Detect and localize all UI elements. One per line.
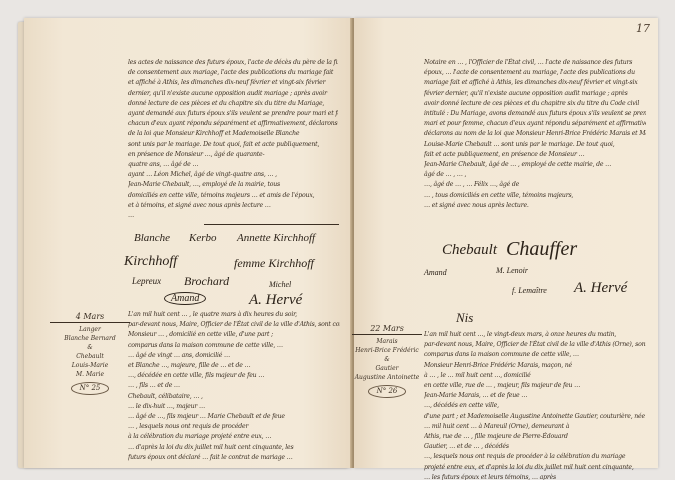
margin-line: Marais	[352, 337, 422, 346]
text-line: futurs époux ont déclaré … fait le contr…	[128, 453, 340, 463]
signature: A. Hervé	[249, 292, 302, 309]
text-line: en présence de Monsieur …, âgé de quaran…	[128, 150, 338, 160]
signature: Chauffer	[506, 238, 577, 261]
text-line: époux, … l'acte de consentement au maria…	[424, 68, 646, 78]
text-line: …	[128, 211, 338, 221]
margin-line: Langer	[50, 325, 130, 334]
margin-entry: 22 Mars Marais Henri-Brice Frédéric & Ga…	[352, 324, 422, 398]
text-line: … d'après la loi du dix juillet mil huit…	[128, 443, 340, 453]
signature: Amand	[424, 268, 447, 277]
margin-line: &	[352, 355, 422, 364]
text-line: L'an mil huit cent …, le vingt-deux mars…	[424, 330, 646, 340]
signature: Michel	[269, 280, 291, 289]
text-line: avoir donné lecture de ces pièces et du …	[424, 99, 646, 109]
text-line: … âgé de vingt … ans, domicilié …	[128, 351, 340, 361]
text-line: Jean-Marie Chebault, …, employé de la ma…	[128, 180, 338, 190]
signature: Chebault	[442, 242, 497, 259]
margin-entry: 4 Mars Langer Blanche Bernard & Chebault…	[50, 312, 130, 395]
text-line: de la loi que Monsieur Kirchhoff et Made…	[128, 129, 338, 139]
text-line: février dernier, qu'il n'existe aucune o…	[424, 89, 646, 99]
text-line: par-devant nous, Maire, Officier de l'Ét…	[128, 320, 340, 330]
text-line: mariage fait et affiché à Athis, les dim…	[424, 78, 646, 88]
margin-line: Chebault	[50, 352, 130, 361]
signature: Nis	[456, 310, 473, 326]
text-line: par-devant nous, Maire, Officier de l'Ét…	[424, 340, 646, 350]
signature: Kirchhoff	[124, 254, 177, 270]
signature: Annette Kirchhoff	[237, 232, 315, 244]
text-line: …, décédés en cette ville,	[424, 401, 646, 411]
margin-line: M. Marie	[50, 370, 130, 379]
text-line: Gautier, … et de … , décédés	[424, 442, 646, 452]
text-line: Jean-Marie Marais, … et de feue …	[424, 391, 646, 401]
margin-date: 22 Mars	[352, 324, 422, 335]
text-line: à … , le … mil huit cent …, domicilié	[424, 371, 646, 381]
text-line: ayant demandé aux futurs époux s'ils veu…	[128, 109, 338, 119]
text-line: chacun d'eux ayant répondu séparément et…	[128, 119, 338, 129]
text-line: … le dix-huit …, majeur …	[128, 402, 340, 412]
margin-date: 4 Mars	[50, 312, 130, 323]
folio-number: 17	[636, 22, 650, 35]
text-line: et à témoins, et signé avec nous après l…	[128, 201, 338, 211]
right-page: 17 Notaire en … , l'Officier de l'État c…	[354, 18, 658, 468]
text-line: Louise-Marie Chebault … sont unis par le…	[424, 140, 646, 150]
margin-line: Henri-Brice Frédéric	[352, 346, 422, 355]
signature: Amand	[164, 292, 206, 305]
text-line: Jean-Marie Chebault, âgé de … , employé …	[424, 160, 646, 170]
text-line: d'une part ; et Mademoiselle Augustine A…	[424, 412, 646, 422]
text-line: L'an mil huit cent … , le quatre mars à …	[128, 310, 340, 320]
text-line: Monsieur … , domicilié en cette ville, d…	[128, 330, 340, 340]
margin-line: &	[50, 343, 130, 352]
text-line: … , fils … et de …	[128, 381, 340, 391]
open-register-book: les actes de naissance des futurs époux,…	[18, 18, 658, 470]
signature: Blanche	[134, 232, 170, 244]
signature: Kerbo	[189, 232, 217, 244]
text-line: …, âgé de … , … Félix …, âgé de	[424, 180, 646, 190]
text-line: … les futurs époux et leurs témoins, … a…	[424, 473, 646, 480]
text-line: donné lecture de ces pièces et du chapit…	[128, 99, 338, 109]
text-line: en cette ville, rue de … , majeur, fils …	[424, 381, 646, 391]
text-line: …, lesquels nous ont requis de procéder …	[424, 452, 646, 462]
margin-line: Gautier	[352, 364, 422, 373]
text-line: projeté entre eux, et d'après la loi du …	[424, 463, 646, 473]
text-line: … , tous domiciliés en cette ville, témo…	[424, 191, 646, 201]
margin-line: Louis-Marie	[50, 361, 130, 370]
signature: M. Lenoir	[496, 266, 528, 275]
text-line: ayant … Léon Michel, âgé de vingt-quatre…	[128, 170, 338, 180]
right-continued-text: Notaire en … , l'Officier de l'État civi…	[424, 58, 646, 211]
signature: A. Hervé	[574, 280, 627, 297]
closing-rule	[204, 224, 339, 225]
margin-line: Blanche Bernard	[50, 334, 130, 343]
text-line: âgé de … , … ,	[424, 170, 646, 180]
text-line: comparus dans la maison commune de cette…	[128, 341, 340, 351]
text-line: domiciliés en cette ville, témoins majeu…	[128, 191, 338, 201]
text-line: Athis, rue de … , fille majeure de Pierr…	[424, 432, 646, 442]
text-line: déclarons au nom de la loi que Monsieur …	[424, 129, 646, 139]
signature: f. Lemaître	[512, 286, 547, 295]
text-line: Notaire en … , l'Officier de l'État civi…	[424, 58, 646, 68]
text-line: … âgé de …, fils majeur … Marie Chebault…	[128, 412, 340, 422]
act-number: N° 26	[368, 385, 407, 398]
left-page: les actes de naissance des futurs époux,…	[24, 18, 352, 468]
text-line: et affiché à Athis, les dimanches dix-ne…	[128, 78, 338, 88]
signature: Lepreux	[132, 276, 161, 286]
text-line: … et signé avec nous après lecture.	[424, 201, 646, 211]
left-continued-text: les actes de naissance des futurs époux,…	[128, 58, 338, 221]
text-line: … mil huit cent … à Mareuil (Orne), deme…	[424, 422, 646, 432]
right-act-text: L'an mil huit cent …, le vingt-deux mars…	[424, 330, 646, 480]
signature: femme Kirchhoff	[234, 256, 314, 271]
act-number: N° 25	[71, 382, 110, 395]
text-line: mari et pour femme, chacun d'eux ayant r…	[424, 119, 646, 129]
signature: Brochard	[184, 274, 229, 289]
margin-line: Augustine Antoinette	[352, 373, 422, 382]
text-line: … , lesquels nous ont requis de procéder	[128, 422, 340, 432]
text-line: comparus dans la maison commune de cette…	[424, 350, 646, 360]
left-act-text: L'an mil huit cent … , le quatre mars à …	[128, 310, 340, 463]
text-line: sont unis par le mariage. De tout quoi, …	[128, 140, 338, 150]
text-line: et Blanche …, majeure, fille de … et de …	[128, 361, 340, 371]
text-line: Chebault, célibataire, … ,	[128, 392, 340, 402]
text-line: Monsieur Henri-Brice Frédéric Marais, ma…	[424, 361, 646, 371]
text-line: de consentement aux mariage, l'acte des …	[128, 68, 338, 78]
text-line: dernier, qu'il n'existe aucune oppositio…	[128, 89, 338, 99]
text-line: à la célébration du mariage projeté entr…	[128, 432, 340, 442]
text-line: fait et acte publiquement, en présence d…	[424, 150, 646, 160]
text-line: …, décédée en cette ville, fils majeur d…	[128, 371, 340, 381]
text-line: les actes de naissance des futurs époux,…	[128, 58, 338, 68]
text-line: quatre ans, … âgé de …	[128, 160, 338, 170]
text-line: intitulé : Du Mariage, avons demandé aux…	[424, 109, 646, 119]
